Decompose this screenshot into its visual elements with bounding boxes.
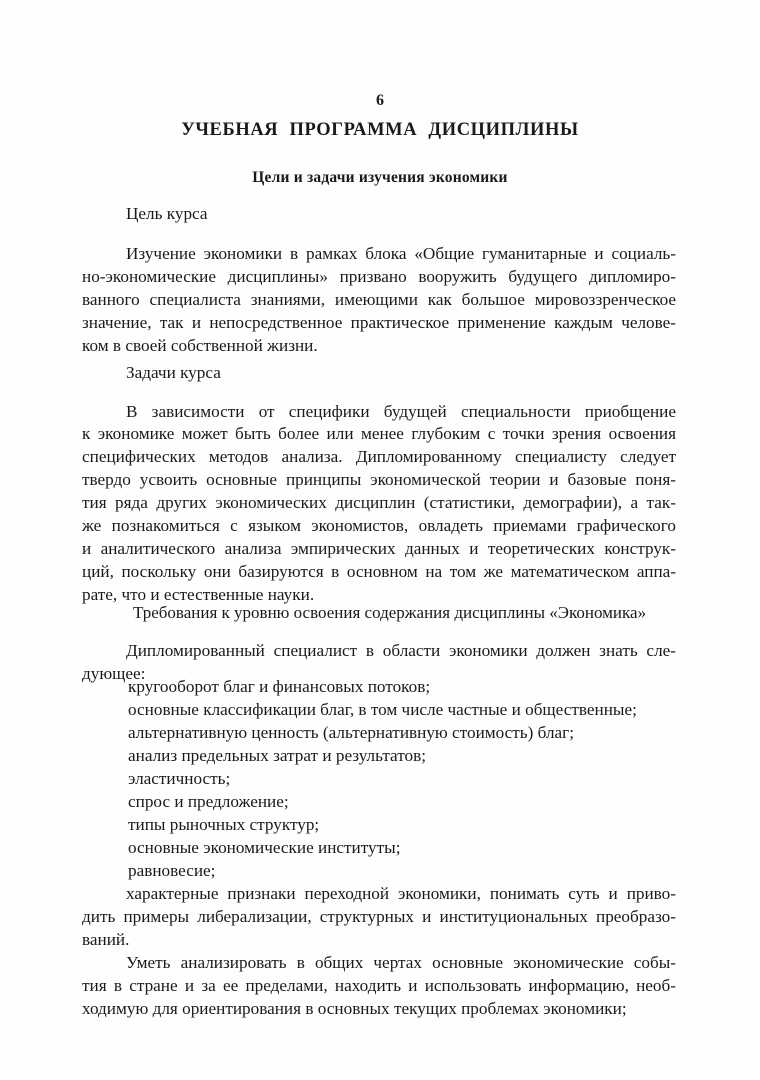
paragraph-line: значение, так и непосредственное практич… — [82, 313, 676, 333]
paragraph-line: Изучение экономики в рамках блока «Общие… — [126, 244, 676, 264]
paragraph-line: тия в стране и за ее пределами, находить… — [82, 976, 676, 996]
paragraph-line: ванного специалиста знаниями, имеющими к… — [82, 290, 676, 310]
paragraph-line: и аналитического анализа эмпирических да… — [82, 539, 676, 559]
paragraph-line: но-экономические дисциплины» призвано во… — [82, 267, 676, 287]
list-item: кругооборот благ и финансовых потоков; — [128, 677, 430, 697]
paragraph-line: ций, поскольку они базируются в основном… — [82, 562, 676, 582]
list-item: равновесие; — [128, 861, 215, 881]
section-subtitle: Цели и задачи изучения экономики — [0, 168, 760, 188]
goal-heading: Цель курса — [126, 204, 208, 224]
paragraph-line: к экономике может быть более или менее г… — [82, 424, 676, 444]
paragraph-line: тия ряда других экономических дисциплин … — [82, 493, 676, 513]
paragraph-line: Уметь анализировать в общих чертах основ… — [126, 953, 676, 973]
document-page: 6 УЧЕБНАЯ ПРОГРАММА ДИСЦИПЛИНЫ Цели и за… — [0, 0, 760, 1080]
list-item: основные классификации благ, в том числе… — [128, 700, 637, 720]
list-item: спрос и предложение; — [128, 792, 289, 812]
requirements-heading: Требования к уровню освоения содержания … — [133, 603, 646, 623]
paragraph-line: В зависимости от специфики будущей специ… — [126, 402, 676, 422]
paragraph-line: дить примеры либерализации, структурных … — [82, 907, 676, 927]
paragraph-line: характерные признаки переходной экономик… — [126, 884, 676, 904]
page-title: УЧЕБНАЯ ПРОГРАММА ДИСЦИПЛИНЫ — [0, 120, 760, 140]
paragraph-line: специфических методов анализа. Дипломиро… — [82, 447, 676, 467]
page-number: 6 — [0, 91, 760, 111]
list-item: альтернативную ценность (альтернативную … — [128, 723, 574, 743]
paragraph-line: Дипломированный специалист в области эко… — [126, 641, 676, 661]
list-item: основные экономические институты; — [128, 838, 400, 858]
paragraph-line: же познакомиться с языком экономистов, о… — [82, 516, 676, 536]
list-item: анализ предельных затрат и результатов; — [128, 746, 426, 766]
paragraph-line: ваний. — [82, 930, 129, 950]
paragraph-line: твердо усвоить основные принципы экономи… — [82, 470, 676, 490]
paragraph-line: ходимую для ориентирования в основных те… — [82, 999, 627, 1019]
paragraph-line: рате, что и естественные науки. — [82, 585, 314, 605]
tasks-heading: Задачи курса — [126, 363, 221, 383]
paragraph-line: ком в своей собственной жизни. — [82, 336, 318, 356]
list-item: эластичность; — [128, 769, 230, 789]
list-item: типы рыночных структур; — [128, 815, 319, 835]
